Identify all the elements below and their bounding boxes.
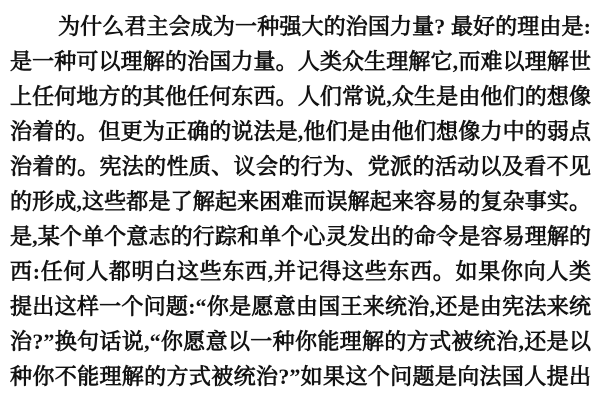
text-line: 提出这样一个问题:“你是愿意由国王来统治,还是由宪法来统: [10, 289, 591, 324]
text-line: 治着的。宪法的性质、议会的行为、党派的活动以及看不见的舆论: [10, 149, 591, 184]
text-line: 是一种可以理解的治国力量。人类众生理解它,而难以理解世界: [10, 44, 591, 79]
text-line: 治?”换句话说,“你愿意以一种你能理解的方式被统治,还是以一: [10, 324, 591, 359]
text-line: 是,某个单个意志的行踪和单个心灵发出的命令是容易理解的东: [10, 219, 591, 254]
paragraph-block: 为什么君主会成为一种强大的治国力量? 最好的理由是:它 是一种可以理解的治国力量…: [10, 9, 591, 394]
text-line: 上任何地方的其他任何东西。人们常说,众生是由他们的想像统: [10, 79, 591, 114]
text-line: 为什么君主会成为一种强大的治国力量? 最好的理由是:它: [10, 9, 591, 44]
document-page: 为什么君主会成为一种强大的治国力量? 最好的理由是:它 是一种可以理解的治国力量…: [0, 0, 600, 396]
text-line: 种你不能理解的方式被统治?”如果这个问题是向法国人提出的,: [10, 359, 591, 394]
text-line: 的形成,这些都是了解起来困难而误解起来容易的复杂事实。但: [10, 184, 591, 219]
text-line: 治着的。但更为正确的说法是,他们是由他们想像力中的弱点统: [10, 114, 591, 149]
text-line: 西:任何人都明白这些东西,并记得这些东西。如果你向人类众生: [10, 254, 591, 289]
